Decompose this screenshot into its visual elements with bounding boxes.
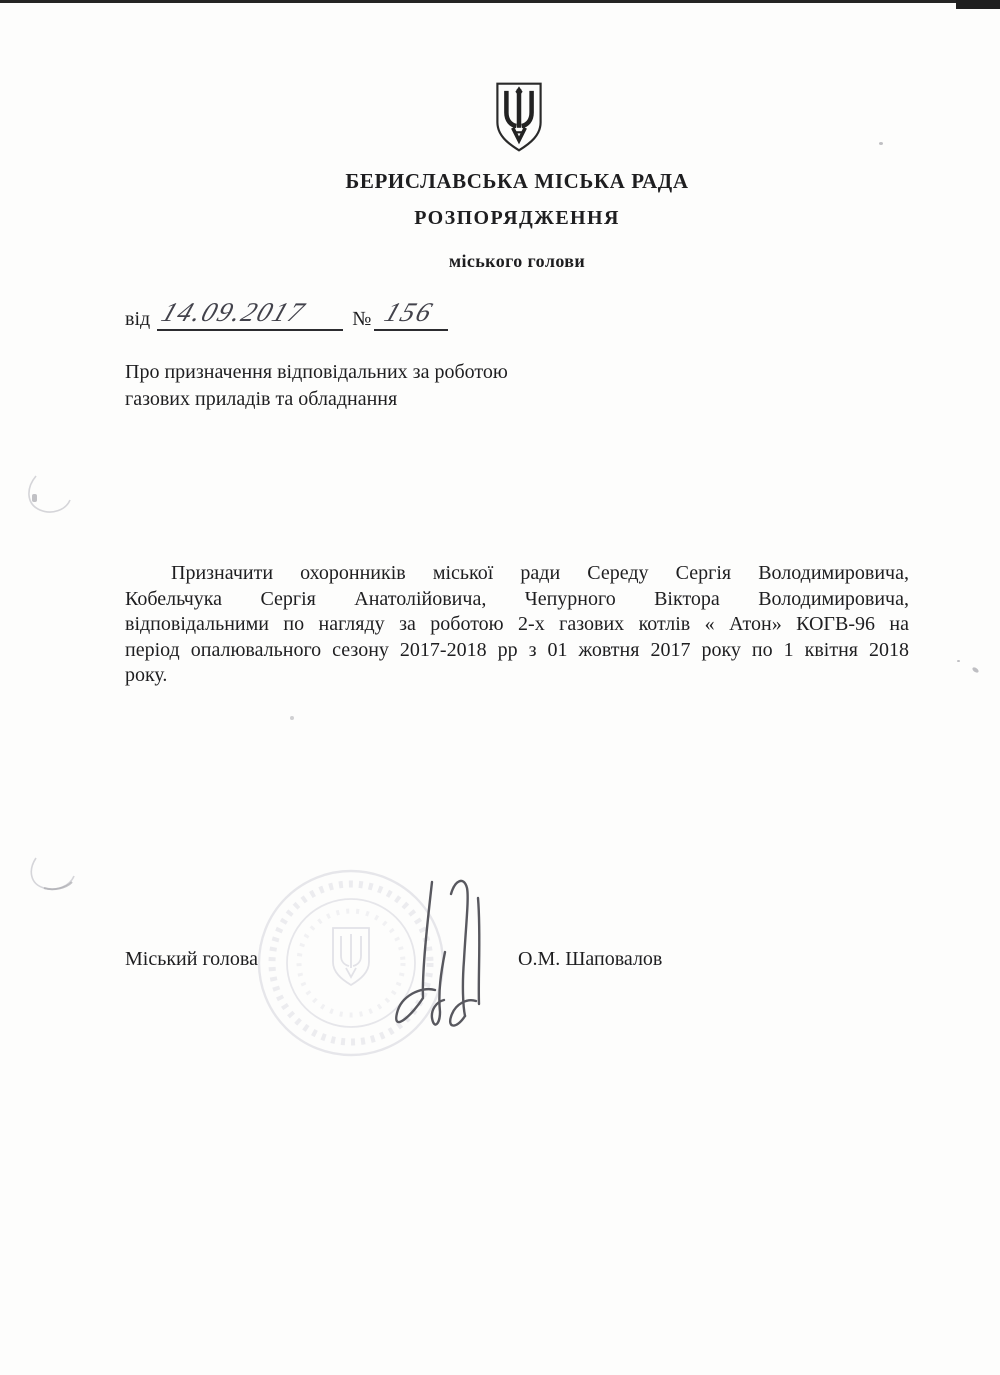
scan-speck: [879, 142, 883, 145]
number-blank-line: 156: [374, 295, 448, 331]
body-line: відповідальними по нагляду за роботою 2-…: [125, 612, 909, 638]
doc-subtype-title: міського голови: [17, 251, 1000, 272]
handwritten-number: 156: [381, 297, 439, 328]
scan-speck: [957, 660, 960, 662]
subject-line-1: Про призначення відповідальних за робото…: [125, 359, 508, 386]
body-line: року.: [125, 663, 909, 689]
ukraine-trident-emblem-icon: [492, 81, 546, 153]
scan-artifact-top-edge: [0, 0, 1000, 3]
number-label: №: [352, 308, 371, 331]
date-number-line: від 14.09.2017 № 156: [125, 297, 448, 331]
org-name-title: БЕРИСЛАВСЬКА МІСЬКА РАДА: [17, 169, 1000, 194]
scan-speck: [971, 666, 979, 673]
handwritten-signature: [388, 864, 510, 1054]
hole-punch-shadow-top: [22, 466, 82, 522]
doc-type-title: РОЗПОРЯДЖЕННЯ: [17, 207, 1000, 230]
scanned-document-page: БЕРИСЛАВСЬКА МІСЬКА РАДА РОЗПОРЯДЖЕННЯ м…: [0, 0, 1000, 1375]
subject-line-2: газових приладів та обладнання: [125, 386, 508, 413]
body-line: Кобельчука Сергія Анатолійовича, Чепурно…: [125, 587, 909, 613]
date-blank-line: 14.09.2017: [157, 295, 343, 331]
signatory-name: О.М. Шаповалов: [518, 948, 662, 971]
handwritten-date: 14.09.2017: [158, 297, 311, 328]
signatory-title: Міський голова: [125, 948, 258, 971]
scan-artifact-top-right-corner: [956, 0, 1000, 9]
hole-punch-shadow-bottom: [24, 850, 84, 900]
subject-block: Про призначення відповідальних за робото…: [125, 359, 508, 413]
body-paragraph: Призначити охоронників міської ради Сере…: [125, 561, 909, 689]
scan-speck: [290, 716, 294, 720]
body-line: період опалювального сезону 2017-2018 рр…: [125, 638, 909, 664]
body-line: Призначити охоронників міської ради Сере…: [125, 561, 909, 587]
date-label: від: [125, 308, 150, 331]
